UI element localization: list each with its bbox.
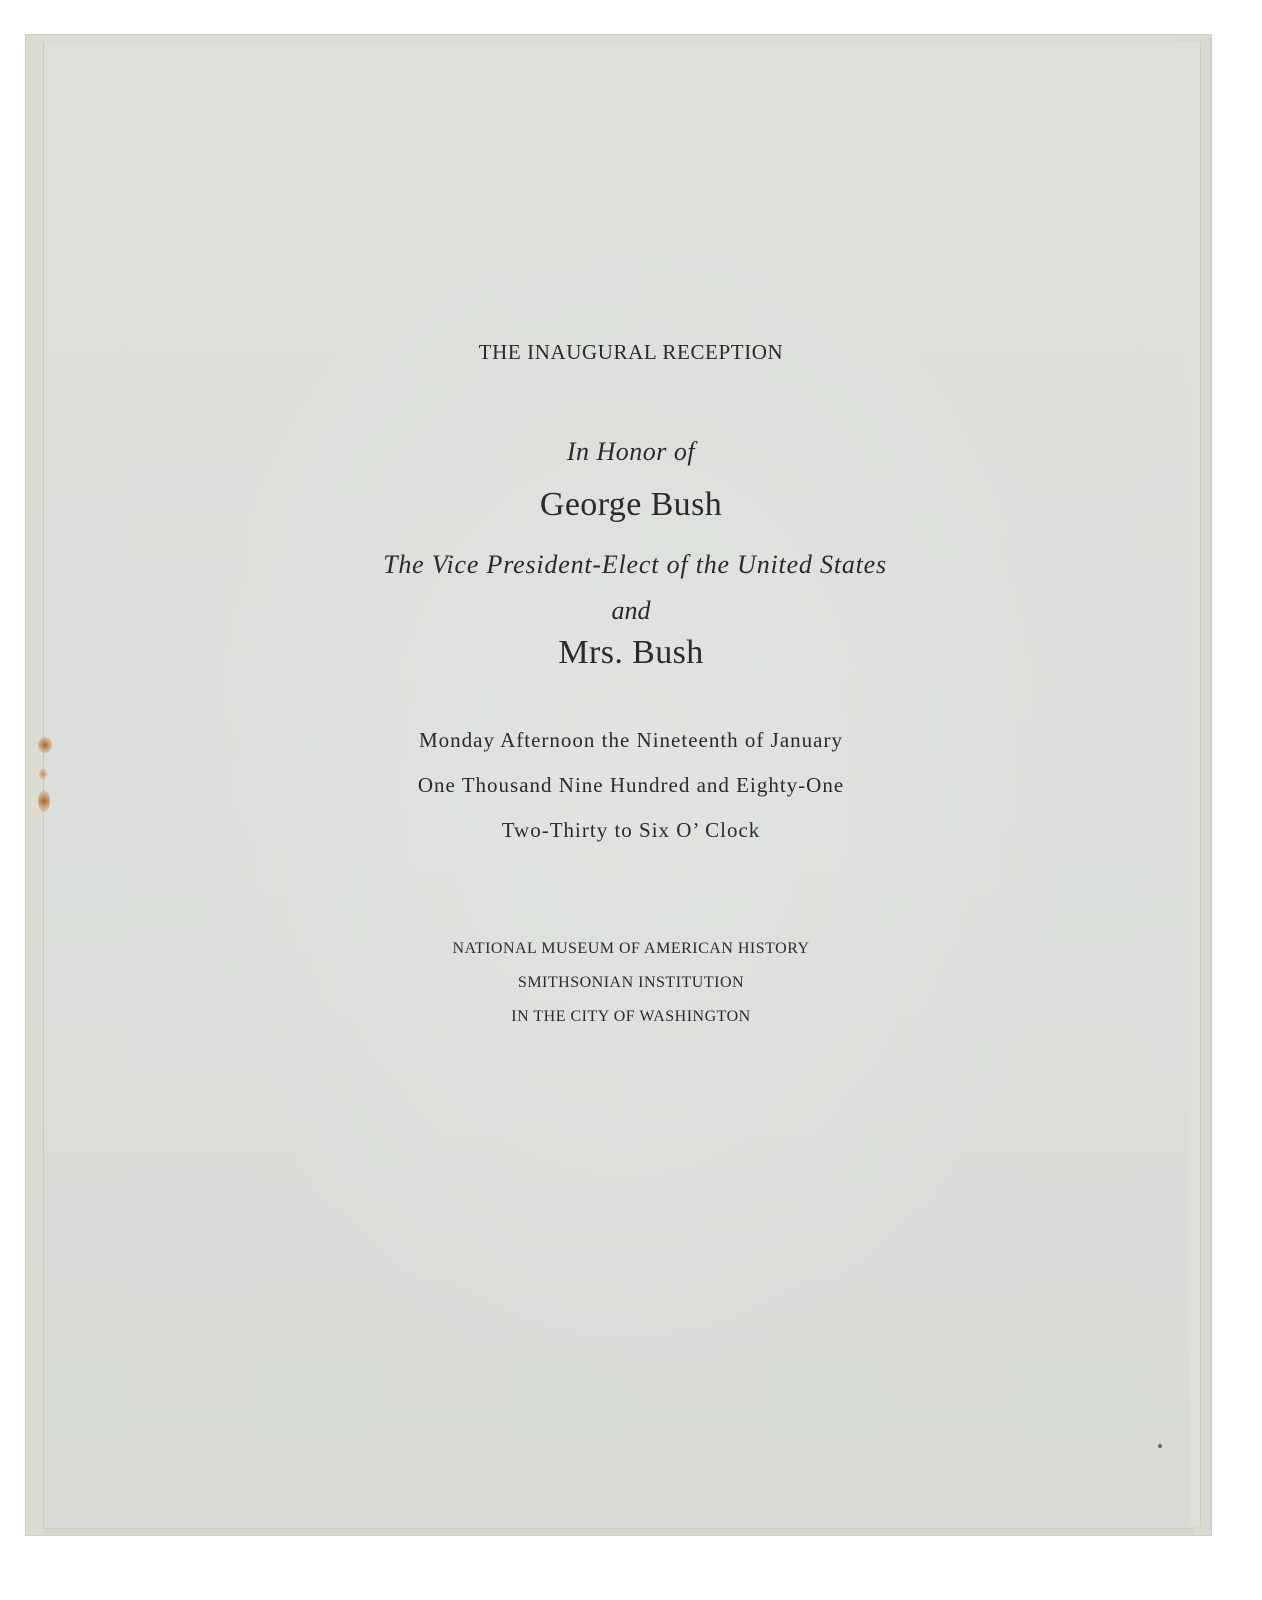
reception-heading: THE INAUGURAL RECEPTION bbox=[0, 340, 1262, 365]
honoree-name: George Bush bbox=[0, 486, 1262, 524]
in-honor-of: In Honor of bbox=[0, 437, 1262, 467]
page-stack-bottom-edge bbox=[44, 1528, 1194, 1534]
location-institution: SMITHSONIAN INSTITUTION bbox=[0, 974, 1262, 992]
honoree-title: The Vice President-Elect of the United S… bbox=[4, 550, 1262, 580]
conjunction: and bbox=[0, 596, 1262, 626]
co-honoree-name: Mrs. Bush bbox=[0, 634, 1262, 672]
location-city: IN THE CITY OF WASHINGTON bbox=[0, 1008, 1262, 1026]
date-line: Monday Afternoon the Nineteenth of Janua… bbox=[0, 728, 1262, 753]
year-line: One Thousand Nine Hundred and Eighty-One bbox=[0, 773, 1262, 798]
paper-speck bbox=[1158, 1444, 1162, 1448]
location-museum: NATIONAL MUSEUM OF AMERICAN HISTORY bbox=[0, 940, 1262, 958]
time-line: Two-Thirty to Six O’ Clock bbox=[0, 818, 1262, 843]
